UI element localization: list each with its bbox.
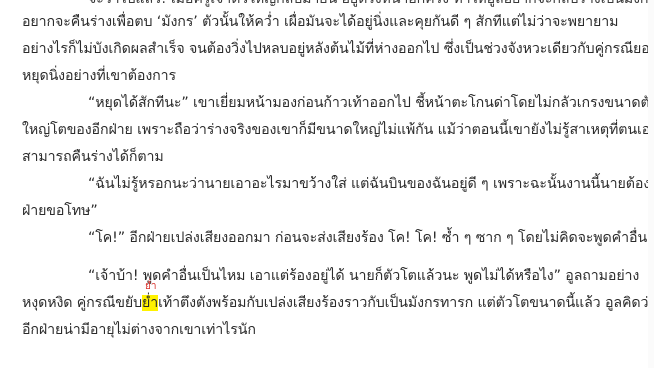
text-line-with-highlight: หงุดหงิด คู่กรณีขยับย่ำย่ำเท้าตึงตังพร้อ… bbox=[22, 293, 654, 313]
document-page: จะว่าไปแล้ว! เมื่อครู่เจ้าตัวใหญ่กลับมาย… bbox=[0, 0, 654, 368]
highlighted-word[interactable]: ย่ำย่ำ bbox=[142, 295, 158, 311]
text-line: ใหญ่โตของอีกฝ่าย เพราะถือว่าร่างจริงของเ… bbox=[22, 120, 654, 140]
text-line: หยุดนิ่งอย่างที่เขาต้องการ bbox=[22, 66, 176, 86]
paragraph-start-line: “โค!” อีกฝ่ายเปล่งเสียงออกมา ก่อนจะส่งเส… bbox=[88, 228, 647, 248]
text-line: สามารถคืนร่างได้ก็ตาม bbox=[22, 147, 164, 167]
correction-annotation: ย่ำ bbox=[145, 281, 156, 293]
highlighted-text: ย่ำ bbox=[142, 295, 158, 311]
text-line-cut-off: จะว่าไปแล้ว! เมื่อครู่เจ้าตัวใหญ่กลับมาย… bbox=[88, 0, 654, 9]
text-line: ฝ่ายขอโทษ” bbox=[22, 201, 98, 221]
text-line: อยากจะคืนร่างเพื่อตบ ‘มังกร’ ตัวนั้นให้ค… bbox=[22, 12, 618, 32]
page-edge bbox=[648, 0, 654, 368]
paragraph-start-line: “หยุดได้สักทีนะ” เขาเยี่ยมหน้ามองก่อนก้า… bbox=[88, 93, 654, 113]
text-line: อย่างไรก็ไม่บังเกิดผลสำเร็จ จนต้องวิ่งไป… bbox=[22, 39, 654, 59]
text-segment: หงุดหงิด คู่กรณีขยับ bbox=[22, 295, 142, 311]
paragraph-start-line: “เจ้าบ้า! พูดคำอื่นเป็นไหม เอาแต่ร้องอยู… bbox=[88, 266, 639, 286]
text-line: อีกฝ่ายน่ามีอายุไม่ต่างจากเขาเท่าไรนัก bbox=[22, 320, 256, 340]
text-segment: เท้าตึงตังพร้อมกับเปล่งเสียงร้องราวกับเป… bbox=[158, 295, 654, 311]
paragraph-start-line: “ฉันไม่รู้หรอกนะว่านายเอาอะไรมาขว้างใส่ … bbox=[88, 174, 654, 194]
